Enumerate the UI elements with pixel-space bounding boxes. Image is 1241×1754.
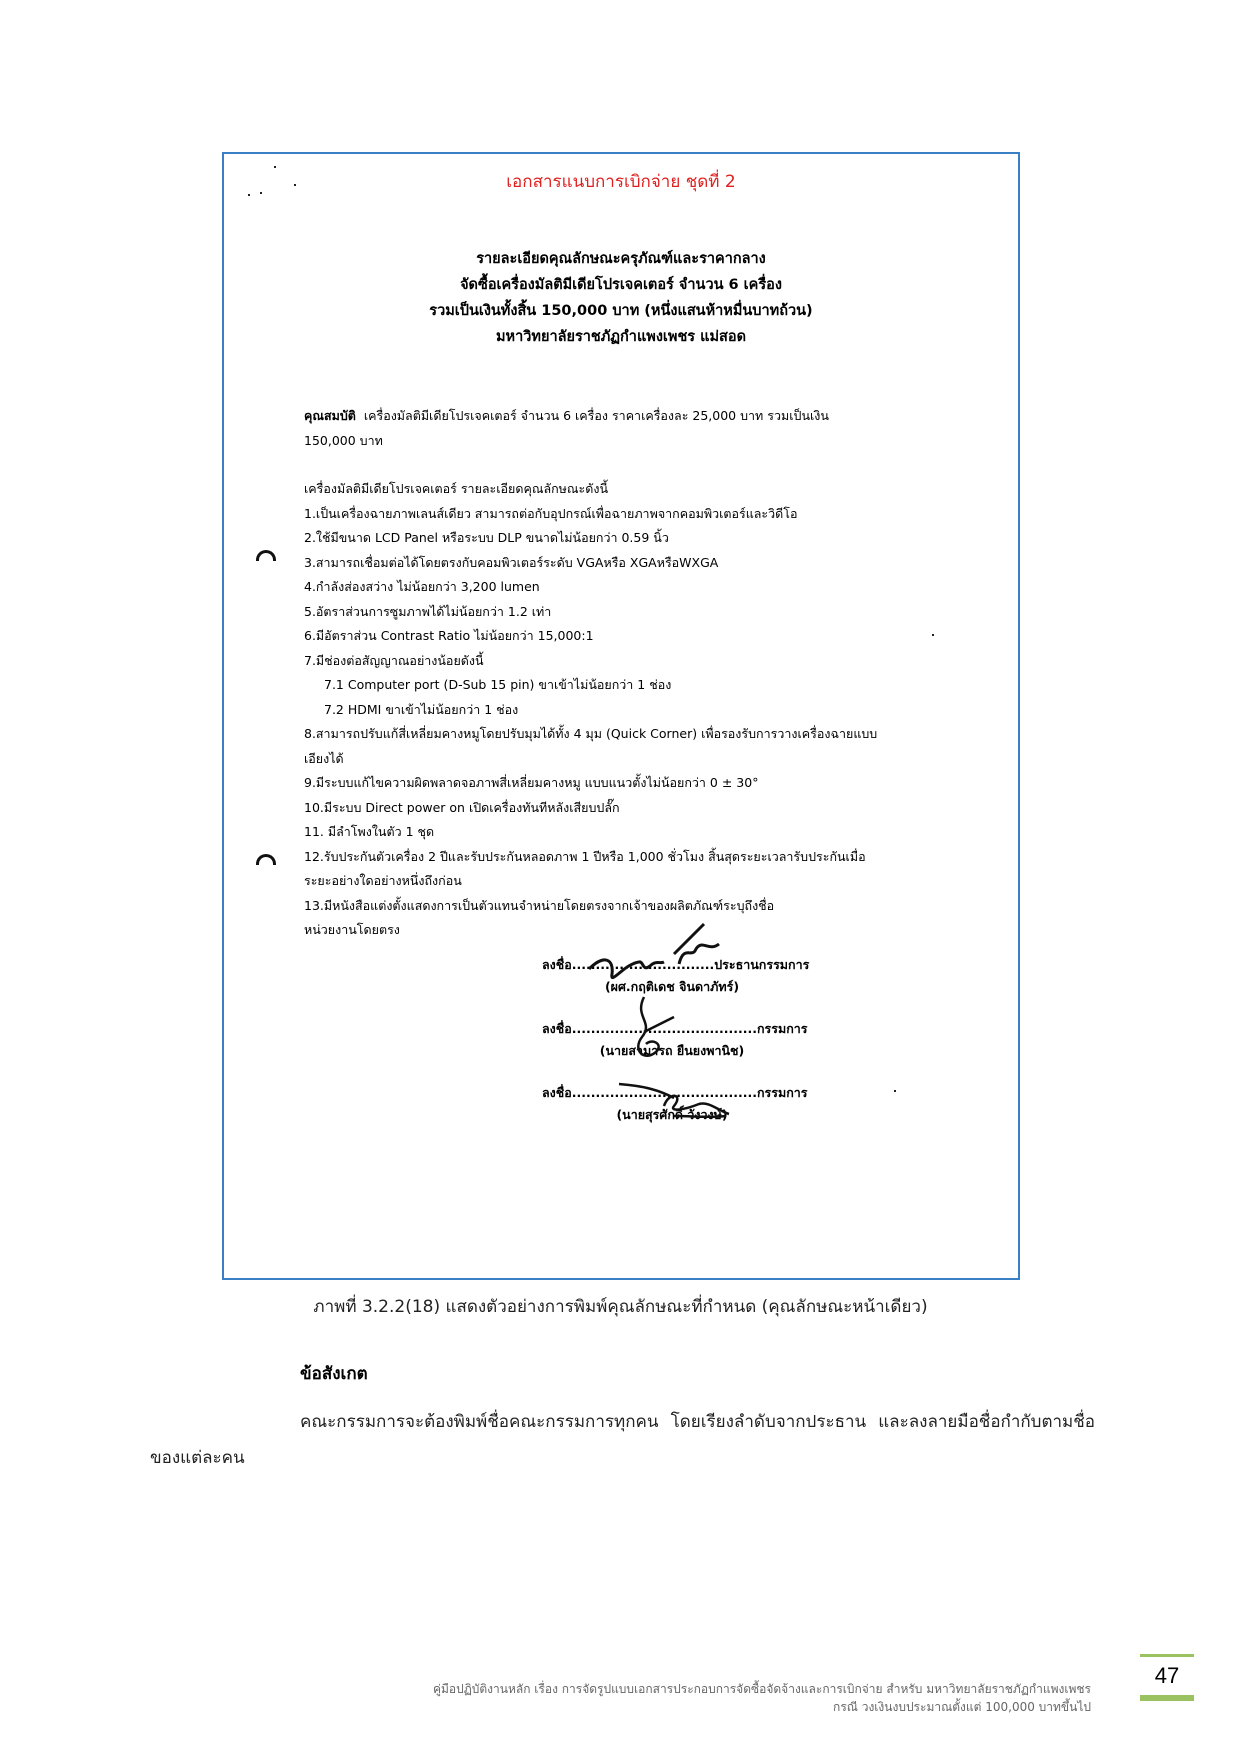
- page-number-bottom-bar: [1140, 1695, 1194, 1701]
- sign-prefix: ลงชื่อ: [542, 957, 572, 972]
- heading-line: รวมเป็นเงินทั้งสิ้น 150,000 บาท (หนึ่งแส…: [224, 298, 1018, 324]
- document-heading: รายละเอียดคุณลักษณะครุภัณฑ์และราคากลาง จ…: [224, 246, 1018, 350]
- qualification-text-cont: 150,000 บาท: [304, 429, 944, 454]
- scan-speck: [932, 634, 934, 636]
- sign-dots: ..............................: [572, 957, 714, 972]
- signatory-name: (ผศ.กฤติเดช จินดาภัทร์): [542, 976, 802, 998]
- sign-prefix: ลงชื่อ: [542, 1021, 572, 1036]
- spec-item: 5.อัตราส่วนการซูมภาพได้ไม่น้อยกว่า 1.2 เ…: [304, 600, 944, 625]
- spec-item: 7.มีช่องต่อสัญญาณอย่างน้อยดังนี้: [304, 649, 944, 674]
- note-body: คณะกรรมการจะต้องพิมพ์ชื่อคณะกรรมการทุกคน…: [150, 1404, 1095, 1476]
- footer-line: กรณี วงเงินงบประมาณตั้งแต่ 100,000 บาทขึ…: [433, 1698, 1091, 1716]
- figure-caption: ภาพที่ 3.2.2(18) แสดงตัวอย่างการพิมพ์คุณ…: [0, 1293, 1241, 1320]
- signature-line-member: ลงชื่อ..................................…: [542, 1018, 802, 1040]
- specification-body: คุณสมบัติ เครื่องมัลติมีเดียโปรเจคเตอร์ …: [304, 404, 944, 943]
- note-title: ข้อสังเกต: [300, 1360, 368, 1387]
- signature-block: ลงชื่อ..............................ประธ…: [542, 954, 802, 1146]
- spec-item-cont: หน่วยงานโดยตรง: [304, 918, 944, 943]
- page-number: 47: [1140, 1663, 1194, 1689]
- spec-item: 13.มีหนังสือแต่งตั้งแสดงการเป็นตัวแทนจำห…: [304, 894, 944, 919]
- spec-item: 9.มีระบบแก้ไขความผิดพลาดจอภาพสี่เหลี่ยมค…: [304, 771, 944, 796]
- heading-line: รายละเอียดคุณลักษณะครุภัณฑ์และราคากลาง: [224, 246, 1018, 272]
- footer-line: คู่มือปฏิบัติงานหลัก เรื่อง การจัดรูปแบบ…: [433, 1680, 1091, 1698]
- spec-intro: เครื่องมัลติมีเดียโปรเจคเตอร์ รายละเอียด…: [304, 477, 944, 502]
- spec-item: 10.มีระบบ Direct power on เปิดเครื่องทัน…: [304, 796, 944, 821]
- sign-role: กรรมการ: [757, 1085, 808, 1100]
- scanned-document-frame: เอกสารแนบการเบิกจ่าย ชุดที่ 2 รายละเอียด…: [222, 152, 1020, 1280]
- spec-subitem: 7.1 Computer port (D-Sub 15 pin) ขาเข้าไ…: [304, 673, 944, 698]
- sign-prefix: ลงชื่อ: [542, 1085, 572, 1100]
- heading-line: จัดซื้อเครื่องมัลติมีเดียโปรเจคเตอร์ จำน…: [224, 272, 1018, 298]
- spec-item: 4.กำลังส่องสว่าง ไม่น้อยกว่า 3,200 lumen: [304, 575, 944, 600]
- spec-subitem: 7.2 HDMI ขาเข้าไม่น้อยกว่า 1 ช่อง: [304, 698, 944, 723]
- sign-role: ประธานกรรมการ: [714, 957, 809, 972]
- spec-item: 2.ใช้มีขนาด LCD Panel หรือระบบ DLP ขนาดไ…: [304, 526, 944, 551]
- sign-role: กรรมการ: [757, 1021, 808, 1036]
- binder-hole-mark-icon: [256, 550, 276, 561]
- signatory-name: (นายสุรศักดิ์ วังวงษ์): [542, 1104, 802, 1126]
- page-number-box: 47: [1140, 1654, 1194, 1701]
- attachment-label: เอกสารแนบการเบิกจ่าย ชุดที่ 2: [224, 168, 1018, 195]
- spec-item: 1.เป็นเครื่องฉายภาพเลนส์เดียว สามารถต่อก…: [304, 502, 944, 527]
- qualification-label: คุณสมบัติ: [304, 408, 356, 423]
- signature-line-member: ลงชื่อ..................................…: [542, 1082, 802, 1104]
- spec-item: 11. มีลำโพงในตัว 1 ชุด: [304, 820, 944, 845]
- spec-item: 3.สามารถเชื่อมต่อได้โดยตรงกับคอมพิวเตอร์…: [304, 551, 944, 576]
- binder-hole-mark-icon: [256, 854, 276, 865]
- scan-speck: [894, 1090, 896, 1092]
- spec-item-cont: เอียงได้: [304, 747, 944, 772]
- spec-item: 8.สามารถปรับแก้สี่เหลี่ยมคางหมูโดยปรับมุ…: [304, 722, 944, 747]
- spec-item: 12.รับประกันตัวเครื่อง 2 ปีและรับประกันห…: [304, 845, 944, 870]
- qualification-line: คุณสมบัติ เครื่องมัลติมีเดียโปรเจคเตอร์ …: [304, 404, 944, 429]
- page-footer: คู่มือปฏิบัติงานหลัก เรื่อง การจัดรูปแบบ…: [433, 1680, 1091, 1716]
- page-number-top-bar: [1140, 1654, 1194, 1657]
- spec-item-cont: ระยะอย่างใดอย่างหนึ่งถึงก่อน: [304, 869, 944, 894]
- signatory-name: (นายสามารถ ยืนยงพานิช): [542, 1040, 802, 1062]
- signature-line-chair: ลงชื่อ..............................ประธ…: [542, 954, 802, 976]
- qualification-text: เครื่องมัลติมีเดียโปรเจคเตอร์ จำนวน 6 เค…: [364, 408, 829, 423]
- heading-line: มหาวิทยาลัยราชภัฏกำแพงเพชร แม่สอด: [224, 324, 1018, 350]
- sign-dots: .......................................: [572, 1021, 757, 1036]
- spec-item: 6.มีอัตราส่วน Contrast Ratio ไม่น้อยกว่า…: [304, 624, 944, 649]
- sign-dots: .......................................: [572, 1085, 757, 1100]
